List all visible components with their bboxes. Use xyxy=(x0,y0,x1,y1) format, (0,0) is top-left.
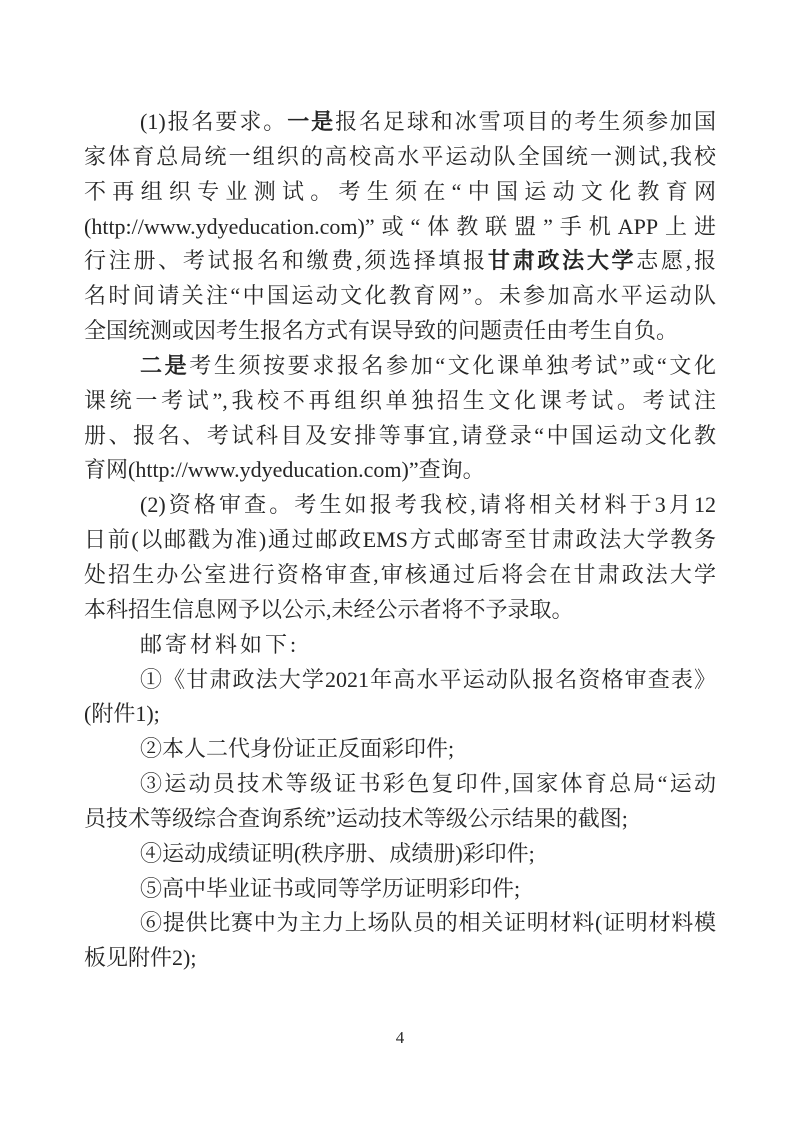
text-line-11: 育网(http://www.ydyeducation.com)”查询。 xyxy=(84,453,716,488)
university-name-bold: 甘肃政法大学 xyxy=(488,248,636,273)
text-segment: 处招生办公室进行资格审查,审核通过后将会在甘肃政法大学 xyxy=(84,562,716,587)
text-line-9: 课统一考试”,我校不再组织单独招生文化课考试。考试注 xyxy=(84,384,716,419)
text-line-18: (附件1); xyxy=(84,697,716,732)
text-segment: 行注册、考试报名和缴费,须选择填报 xyxy=(84,248,488,273)
text-segment: 本科招生信息网予以公示,未经公示者将不予录取。 xyxy=(84,597,574,622)
text-line-13: 日前(以邮戳为准)通过邮政EMS方式邮寄至甘肃政法大学教务 xyxy=(84,523,716,558)
text-line-23: ⑤高中毕业证书或同等学历证明彩印件; xyxy=(84,872,716,907)
text-segment: 育网(http://www.ydyeducation.com)”查询。 xyxy=(84,457,485,482)
text-segment: 报名足球和冰雪项目的考生须参加国 xyxy=(335,109,716,134)
text-segment: 员技术等级综合查询系统”运动技术等级公示结果的截图; xyxy=(84,806,628,831)
text-segment: (2)资格审查。考生如报考我校,请将相关材料于3月12 xyxy=(140,492,716,517)
document-body: (1)报名要求。一是报名足球和冰雪项目的考生须参加国家体育总局统一组织的高校高水… xyxy=(84,105,716,976)
text-line-2: 家体育总局统一组织的高校高水平运动队全国统一测试,我校 xyxy=(84,140,716,175)
text-segment: 课统一考试”,我校不再组织单独招生文化课考试。考试注 xyxy=(84,388,716,413)
text-line-6: 名时间请关注“中国运动文化教育网”。未参加高水平运动队 xyxy=(84,279,716,314)
text-line-21: 员技术等级综合查询系统”运动技术等级公示结果的截图; xyxy=(84,802,716,837)
text-line-10: 册、报名、考试科目及安排等事宜,请登录“中国运动文化教 xyxy=(84,419,716,454)
emphasis-bold: 二是 xyxy=(140,353,189,378)
text-line-22: ④运动成绩证明(秩序册、成绩册)彩印件; xyxy=(84,837,716,872)
text-line-17: ①《甘肃政法大学2021年高水平运动队报名资格审查表》 xyxy=(84,663,716,698)
emphasis-bold: 一是 xyxy=(287,109,335,134)
text-line-7: 全国统测或因考生报名方式有误导致的问题责任由考生自负。 xyxy=(84,314,716,349)
text-line-24: ⑥提供比赛中为主力上场队员的相关证明材料(证明材料模 xyxy=(84,906,716,941)
text-segment: (1)报名要求。 xyxy=(140,109,287,134)
text-segment: (http://www.ydyeducation.com)”或“体教联盟”手机A… xyxy=(84,214,716,239)
text-segment: 不再组织专业测试。考生须在“中国运动文化教育网 xyxy=(84,179,716,204)
text-line-8: 二是考生须按要求报名参加“文化课单独考试”或“文化 xyxy=(84,349,716,384)
text-line-19: ②本人二代身份证正反面彩印件; xyxy=(84,732,716,767)
text-segment: 板见附件2); xyxy=(84,945,196,970)
text-segment: 邮寄材料如下: xyxy=(140,632,299,657)
text-line-16: 邮寄材料如下: xyxy=(84,628,716,663)
text-segment: ⑤高中毕业证书或同等学历证明彩印件; xyxy=(140,876,520,901)
text-segment: (附件1); xyxy=(84,701,160,726)
text-segment: ①《甘肃政法大学2021年高水平运动队报名资格审查表》 xyxy=(140,667,716,692)
text-line-20: ③运动员技术等级证书彩色复印件,国家体育总局“运动 xyxy=(84,767,716,802)
text-segment: 册、报名、考试科目及安排等事宜,请登录“中国运动文化教 xyxy=(84,423,716,448)
text-segment: 日前(以邮戳为准)通过邮政EMS方式邮寄至甘肃政法大学教务 xyxy=(84,527,716,552)
text-line-1: (1)报名要求。一是报名足球和冰雪项目的考生须参加国 xyxy=(84,105,716,140)
text-segment: 名时间请关注“中国运动文化教育网”。未参加高水平运动队 xyxy=(84,283,716,308)
text-segment: 志愿,报 xyxy=(636,248,716,273)
text-segment: ②本人二代身份证正反面彩印件; xyxy=(140,736,454,761)
text-line-12: (2)资格审查。考生如报考我校,请将相关材料于3月12 xyxy=(84,488,716,523)
text-line-15: 本科招生信息网予以公示,未经公示者将不予录取。 xyxy=(84,593,716,628)
document-page: (1)报名要求。一是报名足球和冰雪项目的考生须参加国家体育总局统一组织的高校高水… xyxy=(0,0,800,1131)
text-segment: 家体育总局统一组织的高校高水平运动队全国统一测试,我校 xyxy=(84,144,716,169)
text-segment: 考生须按要求报名参加“文化课单独考试”或“文化 xyxy=(189,353,716,378)
text-segment: 全国统测或因考生报名方式有误导致的问题责任由考生自负。 xyxy=(84,318,678,343)
text-line-14: 处招生办公室进行资格审查,审核通过后将会在甘肃政法大学 xyxy=(84,558,716,593)
text-line-25: 板见附件2); xyxy=(84,941,716,976)
text-line-5: 行注册、考试报名和缴费,须选择填报甘肃政法大学志愿,报 xyxy=(84,244,716,279)
text-segment: ④运动成绩证明(秩序册、成绩册)彩印件; xyxy=(140,841,535,866)
text-line-4: (http://www.ydyeducation.com)”或“体教联盟”手机A… xyxy=(84,210,716,245)
text-segment: ③运动员技术等级证书彩色复印件,国家体育总局“运动 xyxy=(140,771,716,796)
text-segment: ⑥提供比赛中为主力上场队员的相关证明材料(证明材料模 xyxy=(140,910,716,935)
page-number: 4 xyxy=(0,1026,800,1050)
text-line-3: 不再组织专业测试。考生须在“中国运动文化教育网 xyxy=(84,175,716,210)
